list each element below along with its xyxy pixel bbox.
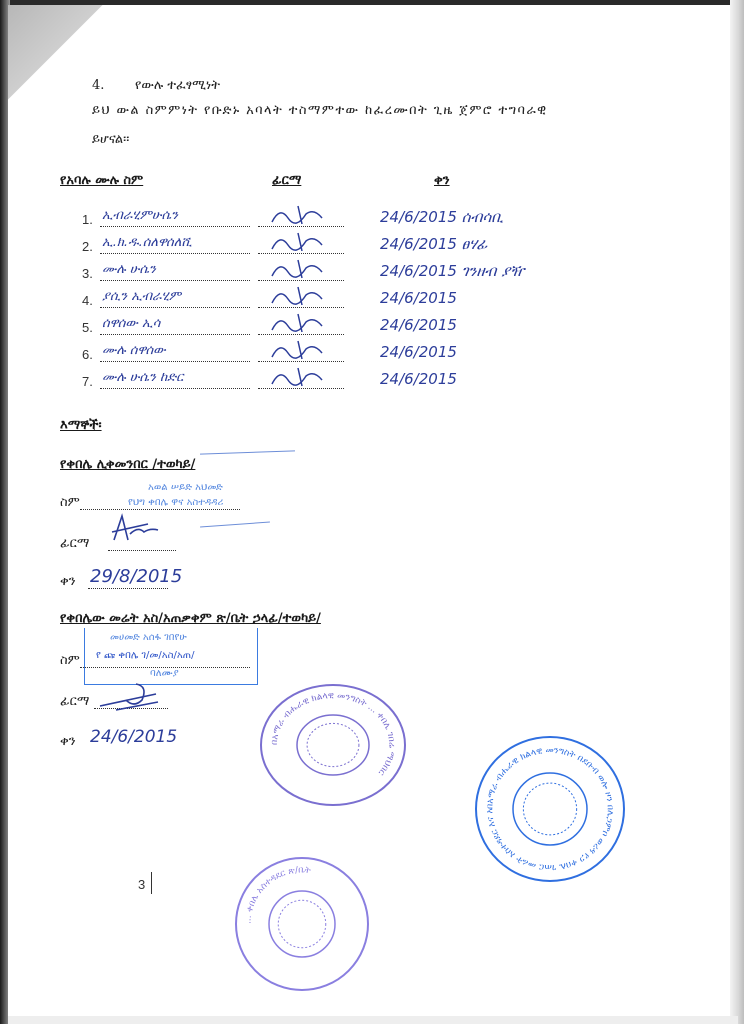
section-body-line-1: ይህ ውል ስምምነት የቡድኑ አባላት ተስማምተው ከፈረሙበት ጊዜ ጀ… bbox=[92, 103, 547, 118]
member-name: ሙሉ ሰዋሰው bbox=[102, 343, 166, 358]
receiver2-name-label: ስም bbox=[60, 653, 80, 668]
member-name: ኢ.ክ.ዱ.ሰለዋሰለሺ bbox=[102, 235, 192, 250]
row-index: 5. bbox=[82, 320, 93, 335]
page-number: 3 bbox=[138, 877, 145, 892]
member-name: ሙሉ ሁሴን bbox=[102, 262, 156, 277]
witnesses-title: እማኞች፡ bbox=[60, 418, 102, 433]
kebele-seal: በአማራ ብሔራዊ ክልላዊ መንግስት ... ቀበሌ ገበሬ ማህበር bbox=[258, 683, 408, 808]
member-name: ሰዋሰው ኢሳ bbox=[102, 316, 160, 331]
member-date: 24/6/2015 bbox=[380, 343, 457, 361]
member-date: 24/6/2015 ሰብሳቢ bbox=[380, 208, 503, 226]
receiver2-stamp-line-3: ባለሙያ bbox=[150, 668, 179, 679]
row-index: 4. bbox=[82, 293, 93, 308]
receiver1-date-value: 29/8/2015 bbox=[90, 566, 182, 587]
member-date: 24/6/2015 bbox=[380, 316, 457, 334]
receiver2-date-label: ቀን bbox=[60, 734, 76, 749]
row-index: 3. bbox=[82, 266, 93, 281]
row-index: 6. bbox=[82, 347, 93, 362]
receiver1-signature-label: ፊርማ bbox=[60, 536, 89, 551]
receiver2-signature-label: ፊርማ bbox=[60, 694, 89, 709]
member-signature bbox=[268, 229, 348, 255]
section-body-line-2: ይሆናል፡፡ bbox=[92, 132, 129, 147]
row-index: 7. bbox=[82, 374, 93, 389]
folded-corner bbox=[8, 5, 103, 100]
row-index: 2. bbox=[82, 239, 93, 254]
member-name: ያሲን ኢብራሂም bbox=[102, 289, 181, 304]
section-title: የውሉ ተፈፃሚነት bbox=[135, 78, 220, 93]
member-name: ሙሉ ሁሴን ከድር bbox=[102, 370, 183, 385]
member-date: 24/6/2015 bbox=[380, 370, 457, 388]
member-name: ኢብራሂምሁሴን bbox=[102, 208, 178, 223]
member-date: 24/6/2015 bbox=[380, 289, 457, 307]
receiver1-signature bbox=[108, 512, 168, 546]
member-date: 24/6/2015 ገንዘብ ያዥ bbox=[380, 262, 524, 280]
scan-bottom-edge bbox=[8, 1016, 738, 1024]
receiver1-stamp-line-1: አወል ሠይድ አህመድ bbox=[148, 482, 223, 493]
land-admin-seal: በአማራ ብሔራዊ ክልላዊ መንግስት በደቡብ ወሎ ዞን በሌጋምቦ ወረ… bbox=[472, 733, 628, 885]
receiver2-signature bbox=[96, 680, 168, 714]
header-member-name: የአባሉ ሙሉ ስም bbox=[60, 173, 143, 188]
receiver1-name-label: ስም bbox=[60, 495, 80, 510]
receiver1-stamp-line-2: የህግ ቀበሌ ዋና አስተዳዳሪ bbox=[128, 497, 223, 508]
member-signature bbox=[268, 283, 348, 309]
receiver2-stamp-line-2: የ ጩ ቀበሌ ገ/መ/አስ/አጠ/ bbox=[96, 650, 194, 661]
scan-right-edge bbox=[730, 0, 744, 1024]
svg-text:በአማራ ብሔራዊ ክልላዊ መንግስት ... ቀበሌ ገ: በአማራ ብሔራዊ ክልላዊ መንግስት ... ቀበሌ ገበሬ ማህበር bbox=[270, 691, 396, 777]
bottom-seal: ... ቀበሌ አስተዳደር ጽ/ቤት bbox=[232, 854, 372, 994]
receiver1-date-label: ቀን bbox=[60, 574, 76, 589]
receiver1-heading: የቀበሌ ሊቀመንበር /ተወካይ/ bbox=[60, 457, 195, 472]
svg-text:... ቀበሌ አስተዳደር ጽ/ቤት: ... ቀበሌ አስተዳደር ጽ/ቤት bbox=[244, 865, 312, 924]
receiver2-stamp-line-1: መሀመድ አሰፋ ገበየሁ bbox=[110, 632, 187, 643]
header-signature: ፊርማ bbox=[272, 173, 301, 188]
member-date: 24/6/2015 ፀሃፊ bbox=[380, 235, 487, 253]
member-signature bbox=[268, 364, 348, 390]
member-signature bbox=[268, 310, 348, 336]
member-signature bbox=[268, 256, 348, 282]
member-signature bbox=[268, 337, 348, 363]
section-number: 4. bbox=[92, 78, 104, 93]
page-number-mark bbox=[151, 872, 152, 894]
receiver2-date-value: 24/6/2015 bbox=[90, 727, 177, 747]
row-index: 1. bbox=[82, 212, 93, 227]
receiver2-heading: የቀበሌው መሬት አስ/አጠቃቀም ጽ/ቤት ኃላፊ/ተወካይ/ bbox=[60, 611, 321, 626]
header-date: ቀን bbox=[434, 173, 450, 188]
svg-text:በአማራ ብሔራዊ ክልላዊ መንግስት በደቡብ ወሎ ዞ: በአማራ ብሔራዊ ክልላዊ መንግስት በደቡብ ወሎ ዞን በሌጋምቦ ወረ… bbox=[472, 733, 615, 872]
member-signature bbox=[268, 202, 348, 228]
